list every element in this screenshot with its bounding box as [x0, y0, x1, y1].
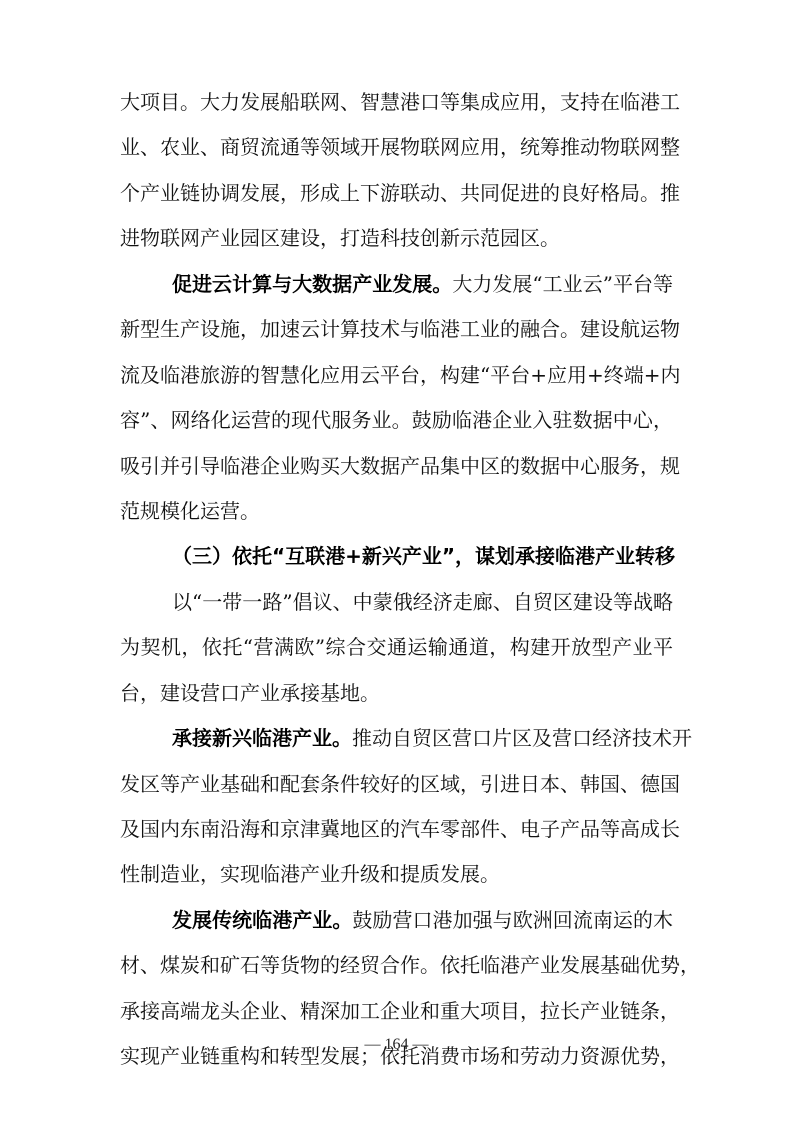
paragraph-lead-heading: 促进云计算与大数据产业发展。: [172, 272, 452, 296]
text-span: 推动自贸区营口片区及营口经济技术开: [352, 726, 692, 750]
page-number: — 164 —: [0, 1036, 793, 1054]
section-heading: （三）依托“互联港+新兴产业”，谋划承接临港产业转移: [120, 534, 673, 579]
document-page: 大项目。大力发展船联网、智慧港口等集成应用，支持在临港工 业、农业、商贸流通等领…: [120, 80, 673, 1080]
text-line: 促进云计算与大数据产业发展。大力发展“工业云”平台等: [120, 262, 673, 307]
text-line: 吸引并引导临港企业购买大数据产品集中区的数据中心服务，规: [120, 444, 673, 489]
text-line: 承接高端龙头企业、精深加工企业和重大项目，拉长产业链条，: [120, 989, 673, 1034]
text-line: 容”、网络化运营的现代服务业。鼓励临港企业入驻数据中心，: [120, 398, 673, 443]
text-line: 台，建设营口产业承接基地。: [120, 671, 673, 716]
text-line: 新型生产设施，加速云计算技术与临港工业的融合。建设航运物: [120, 307, 673, 352]
text-line: 业、农业、商贸流通等领域开展物联网应用，统筹推动物联网整: [120, 125, 673, 170]
text-line: 及国内东南沿海和京津冀地区的汽车零部件、电子产品等高成长: [120, 807, 673, 852]
text-line: 大项目。大力发展船联网、智慧港口等集成应用，支持在临港工: [120, 80, 673, 125]
text-line: 材、煤炭和矿石等货物的经贸合作。依托临港产业发展基础优势，: [120, 943, 673, 988]
paragraph-iot: 大项目。大力发展船联网、智慧港口等集成应用，支持在临港工 业、农业、商贸流通等领…: [120, 80, 673, 262]
paragraph-cloud-bigdata: 促进云计算与大数据产业发展。大力发展“工业云”平台等 新型生产设施，加速云计算技…: [120, 262, 673, 535]
text-line: 发区等产业基础和配套条件较好的区域，引进日本、韩国、德国: [120, 762, 673, 807]
text-line: 流及临港旅游的智慧化应用云平台，构建“平台+应用+终端+内: [120, 353, 673, 398]
text-line: 承接新兴临港产业。推动自贸区营口片区及营口经济技术开: [120, 716, 673, 761]
text-span: 大力发展“工业云”平台等: [452, 272, 673, 296]
paragraph-lead-heading: 发展传统临港产业。: [172, 908, 352, 932]
paragraph-emerging-industry: 承接新兴临港产业。推动自贸区营口片区及营口经济技术开 发区等产业基础和配套条件较…: [120, 716, 673, 898]
paragraph-belt-road: 以“一带一路”倡议、中蒙俄经济走廊、自贸区建设等战略 为契机，依托“营满欧”综合…: [120, 580, 673, 716]
text-line: 进物联网产业园区建设，打造科技创新示范园区。: [120, 216, 673, 261]
text-line: 性制造业，实现临港产业升级和提质发展。: [120, 852, 673, 897]
text-line: 以“一带一路”倡议、中蒙俄经济走廊、自贸区建设等战略: [120, 580, 673, 625]
text-line: 发展传统临港产业。鼓励营口港加强与欧洲回流南运的木: [120, 898, 673, 943]
paragraph-lead-heading: 承接新兴临港产业。: [172, 726, 352, 750]
text-line: 范规模化运营。: [120, 489, 673, 534]
text-span: 鼓励营口港加强与欧洲回流南运的木: [352, 908, 673, 932]
text-line: 为契机，依托“营满欧”综合交通运输通道，构建开放型产业平: [120, 625, 673, 670]
text-line: 个产业链协调发展，形成上下游联动、共同促进的良好格局。推: [120, 171, 673, 216]
section-heading-text: （三）依托“互联港+新兴产业”，谋划承接临港产业转移: [172, 544, 675, 568]
